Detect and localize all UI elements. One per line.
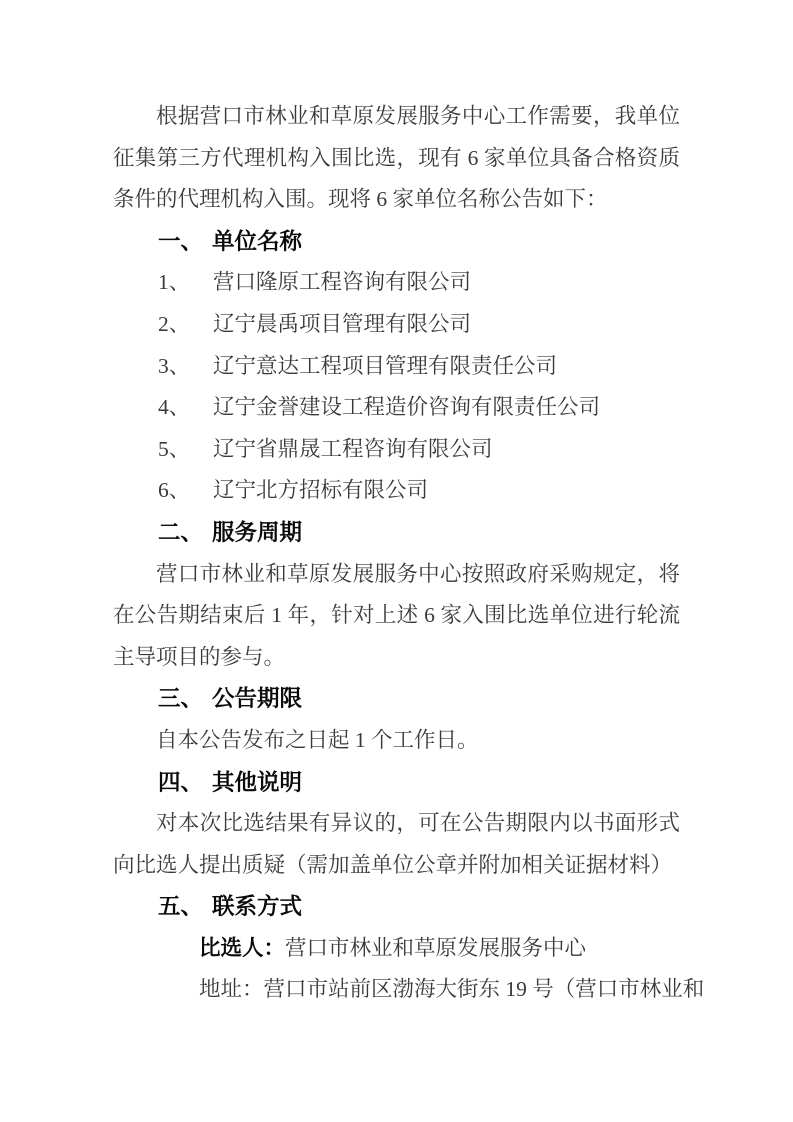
section2-heading-title: 服务周期 [212, 520, 302, 545]
contact-bidder-label: 比选人： [156, 928, 285, 970]
section4-heading: 四、其他说明 [158, 762, 680, 804]
list-item-number: 2、 [158, 304, 213, 346]
section3-paragraph: 自本公告发布之日起 1 个工作日。 [113, 720, 680, 762]
section3-heading-number: 三、 [158, 678, 212, 720]
list-item-number: 1、 [158, 262, 213, 304]
section5-heading-number: 五、 [158, 886, 212, 928]
company-name: 辽宁意达工程项目管理有限责任公司 [213, 354, 557, 378]
company-name: 辽宁北方招标有限公司 [213, 478, 428, 502]
company-name: 辽宁晨禹项目管理有限公司 [213, 312, 471, 336]
section3-heading: 三、公告期限 [158, 678, 680, 720]
section5-heading: 五、联系方式 [158, 886, 680, 928]
list-item-number: 3、 [158, 346, 213, 388]
company-name: 营口隆原工程咨询有限公司 [213, 270, 471, 294]
list-item-number: 4、 [158, 387, 213, 429]
section5-heading-title: 联系方式 [212, 894, 302, 919]
list-item-number: 5、 [158, 429, 213, 471]
list-item: 3、辽宁意达工程项目管理有限责任公司 [158, 346, 680, 388]
company-name: 辽宁金誉建设工程造价咨询有限责任公司 [213, 395, 600, 419]
section1-heading-number: 一、 [158, 221, 212, 263]
list-item-number: 6、 [158, 470, 213, 512]
document-page: 根据营口市林业和草原发展服务中心工作需要，我单位征集第三方代理机构入围比选，现有… [0, 0, 793, 1122]
list-item: 2、辽宁晨禹项目管理有限公司 [158, 304, 680, 346]
section2-heading-number: 二、 [158, 512, 212, 554]
section4-paragraph: 对本次比选结果有异议的，可在公告期限内以书面形式向比选人提出质疑（需加盖单位公章… [113, 803, 680, 886]
section2-paragraph: 营口市林业和草原发展服务中心按照政府采购规定，将在公告期结束后 1 年，针对上述… [113, 554, 680, 679]
contact-address-line: 地址：营口市站前区渤海大街东 19 号（营口市林业和 [113, 969, 680, 1011]
list-item: 6、辽宁北方招标有限公司 [158, 470, 680, 512]
section1-heading: 一、单位名称 [158, 221, 680, 263]
section4-heading-number: 四、 [158, 762, 212, 804]
section3-heading-title: 公告期限 [212, 686, 302, 711]
contact-address-value: 营口市站前区渤海大街东 19 号（营口市林业和 [264, 977, 705, 1001]
list-item: 5、辽宁省鼎晟工程咨询有限公司 [158, 429, 680, 471]
section1-heading-title: 单位名称 [212, 229, 302, 254]
section2-heading: 二、服务周期 [158, 512, 680, 554]
section4-heading-title: 其他说明 [212, 770, 302, 795]
contact-address-label: 地址： [156, 969, 264, 1011]
contact-bidder-value: 营口市林业和草原发展服务中心 [285, 936, 586, 960]
contact-bidder-line: 比选人：营口市林业和草原发展服务中心 [113, 928, 680, 970]
company-name: 辽宁省鼎晟工程咨询有限公司 [213, 437, 493, 461]
intro-paragraph: 根据营口市林业和草原发展服务中心工作需要，我单位征集第三方代理机构入围比选，现有… [113, 96, 680, 221]
list-item: 4、辽宁金誉建设工程造价咨询有限责任公司 [158, 387, 680, 429]
list-item: 1、营口隆原工程咨询有限公司 [158, 262, 680, 304]
